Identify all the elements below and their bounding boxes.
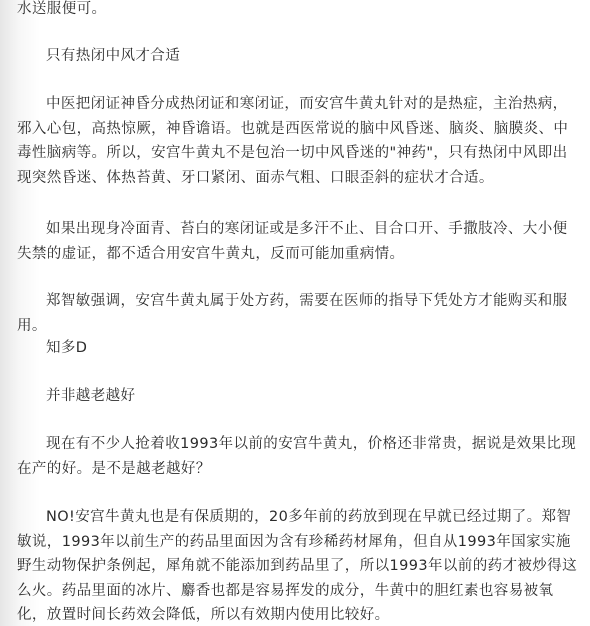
section-heading: 只有热闭中风才合适	[17, 44, 577, 68]
article-paragraph: 中医把闭证神昏分成热闭证和寒闭证，而安宫牛黄丸针对的是热症，主治热病，邪入心包，…	[17, 92, 577, 190]
article-paragraph: NO!安宫牛黄丸也是有保质期的，20多年前的药放到现在早就已经过期了。郑智敏说，…	[17, 505, 577, 626]
article-paragraph: 现在有不少人抢着收1993年以前的安宫牛黄丸，价格还非常贵，据说是效果比现在产的…	[17, 432, 577, 481]
section-heading: 并非越老越好	[17, 384, 577, 408]
section-label: 知多D	[17, 336, 577, 360]
article-paragraph: 郑智敏强调，安宫牛黄丸属于处方药，需要在医师的指导下凭处方才能购买和服用。	[17, 289, 577, 338]
article-paragraph: 如果出现身冷面青、苔白的寒闭证或是多汗不止、目合口开、手撒肢冷、大小便失禁的虚证…	[17, 217, 577, 266]
intro-paragraph-tail: 水送服便可。	[17, 0, 106, 22]
